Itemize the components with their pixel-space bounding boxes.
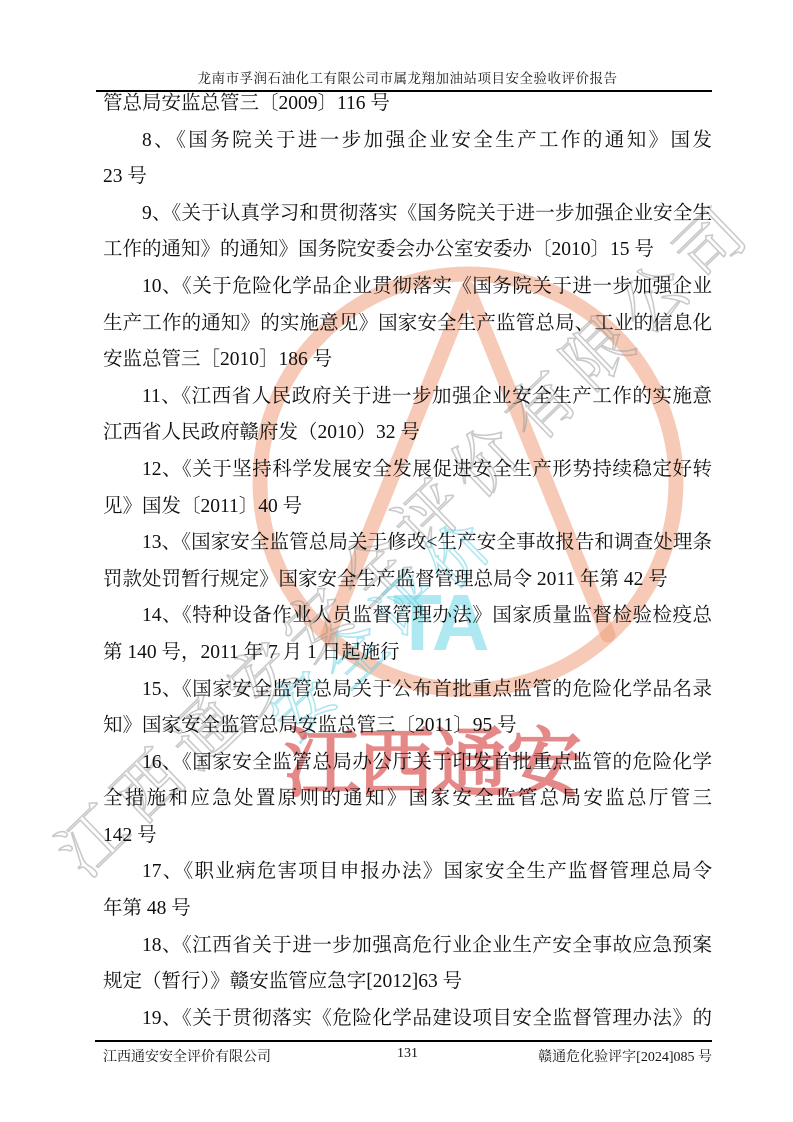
body-line: 第 140 号，2011 年 7 月 1 日起施行 [103,635,712,672]
body-line: 见》国发〔2011〕40 号 [103,489,712,526]
body-line: 23 号 [103,159,712,196]
body-text-block: 管总局安监总管三〔2009〕116 号 8、《国务院关于进一步加强企业安全生产工… [103,86,712,1037]
body-line: 罚款处罚暂行规定》国家安全生产监督管理总局令 2011 年第 42 号 [103,562,712,599]
body-line: 18、《江西省关于进一步加强高危行业企业生产安全事故应急预案管理 [103,928,712,965]
body-line: 江西省人民政府赣府发（2010）32 号 [103,415,712,452]
report-header-title: 龙南市孚润石油化工有限公司市属龙翔加油站项目安全验收评价报告 [103,67,712,87]
body-line: 10、《关于危险化学品企业贯彻落实《国务院关于进一步加强企业安全 [103,269,712,306]
footer: 江西通安安全评价有限公司 131 赣通危化验评字[2024]085 号 [103,1046,712,1066]
body-line: 8、《国务院关于进一步加强企业安全生产工作的通知》国发〔2010〕 [103,123,712,160]
footer-doc-number: 赣通危化验评字[2024]085 号 [538,1046,712,1066]
body-line: 14、《特种设备作业人员监督管理办法》国家质量监督检验检疫总局令 [103,598,712,635]
body-line: 11、《江西省人民政府关于进一步加强企业安全生产工作的实施意见》 [103,379,712,416]
body-line: 19、《关于贯彻落实《危险化学品建设项目安全监督管理办法》的意见》 [103,1001,712,1038]
footer-rule [95,1040,712,1042]
body-line: 规定（暂行）》赣安监管应急字[2012]63 号 [103,964,712,1001]
body-line: 13、《国家安全监管总局关于修改<生产安全事故报告和调查处理条例> [103,525,712,562]
body-line: 15、《国家安全监管总局关于公布首批重点监管的危险化学品名录的通 [103,672,712,709]
body-line: 全措施和应急处置原则的通知》国家安全监管总局安监总厅管三〔2011〕 [103,781,712,818]
body-line: 16、《国家安全监管总局办公厅关于印发首批重点监管的危险化学品安 [103,745,712,782]
body-line: 142 号 [103,818,712,855]
header-rule [96,90,712,92]
document-page: 江西通安安全评价有限公司 安全评价 TA 江西通安 龙南市孚润石油化工有限公司市… [0,0,793,1122]
body-line: 年第 48 号 [103,891,712,928]
body-line: 工作的通知》的通知》国务院安委会办公室安委办〔2010〕15 号 [103,232,712,269]
body-line: 12、《关于坚持科学发展安全发展促进安全生产形势持续稳定好转的意 [103,452,712,489]
body-line: 知》国家安全监管总局安监总管三〔2011〕95 号 [103,708,712,745]
body-line: 9、《关于认真学习和贯彻落实《国务院关于进一步加强企业安全生产 [103,196,712,233]
body-line: 17、《职业病危害项目申报办法》国家安全生产监督管理总局令 2012 [103,854,712,891]
body-line: 生产工作的通知》的实施意见》国家安全生产监管总局、工业的信息化部 [103,306,712,343]
body-line: 安监总管三［2010］186 号 [103,342,712,379]
